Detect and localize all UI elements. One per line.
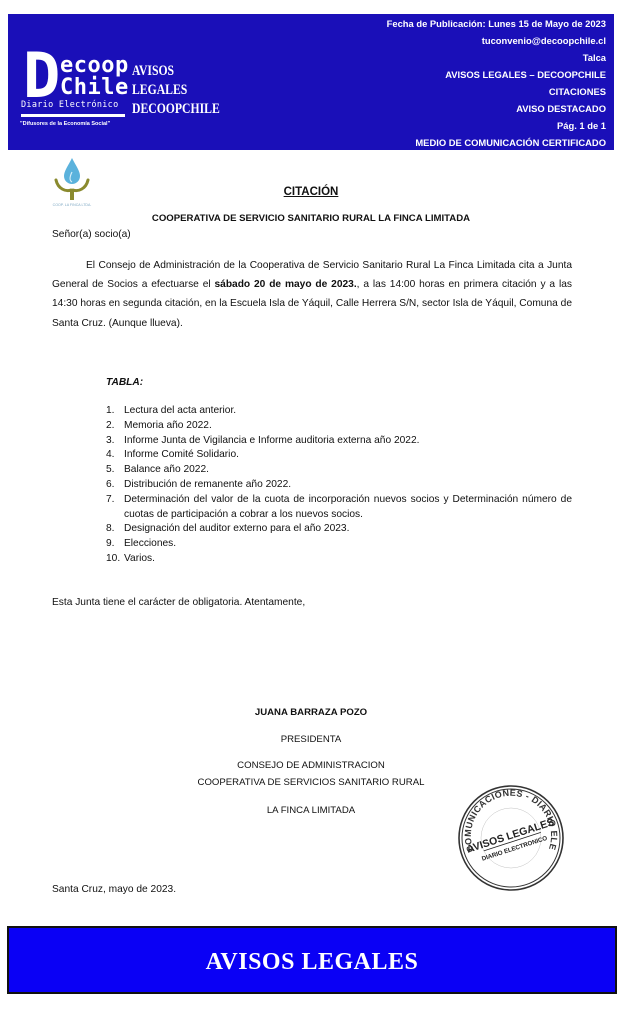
agenda-item: 9.Elecciones. <box>106 537 572 552</box>
publication-info: Fecha de Publicación: Lunes 15 de Mayo d… <box>387 15 606 151</box>
agenda-item: 3.Informe Junta de Vigilancia e Informe … <box>106 434 572 449</box>
signatory-org-line: CONSEJO DE ADMINISTRACION <box>0 760 622 771</box>
closing-text: Esta Junta tiene el carácter de obligato… <box>52 597 305 608</box>
logo-letter: D <box>23 50 55 102</box>
city: Talca <box>387 49 606 66</box>
document-subtitle: COOPERATIVA DE SERVICIO SANITARIO RURAL … <box>0 213 622 224</box>
logo-line2: Chile <box>60 76 129 100</box>
agenda-item-number: 9. <box>106 537 115 552</box>
certification-label: MEDIO DE COMUNICACIÓN CERTIFICADO <box>387 134 606 151</box>
water-drop-hands-icon: COOP. LA FINCA LTDA. <box>52 156 92 208</box>
agenda-item-number: 7. <box>106 493 115 508</box>
signatory-role: PRESIDENTA <box>0 734 622 745</box>
agenda-item-text: Varios. <box>124 553 155 564</box>
agenda-item-text: Lectura del acta anterior. <box>124 405 236 416</box>
footer-banner: AVISOS LEGALES <box>7 926 617 994</box>
agenda-item-text: Elecciones. <box>124 538 176 549</box>
agenda-item-number: 10. <box>106 552 120 567</box>
agenda-item: 5.Balance año 2022. <box>106 463 572 478</box>
svg-text:COOP. LA FINCA LTDA.: COOP. LA FINCA LTDA. <box>53 203 92 207</box>
agenda-label: TABLA: <box>106 377 143 388</box>
agenda-item: 6.Distribución de remanente año 2022. <box>106 478 572 493</box>
avisos-line: LEGALES <box>132 81 220 100</box>
place-date: Santa Cruz, mayo de 2023. <box>52 884 176 895</box>
agenda-item: 1.Lectura del acta anterior. <box>106 404 572 419</box>
agenda-item: 10.Varios. <box>106 552 572 567</box>
agenda-item: 8.Designación del auditor externo para e… <box>106 522 572 537</box>
logo-slogan: "Difusores de la Economía Social" <box>20 121 110 128</box>
signatory-name: JUANA BARRAZA POZO <box>0 707 622 718</box>
publication-date: Fecha de Publicación: Lunes 15 de Mayo d… <box>387 15 606 32</box>
avisos-line: AVISOS <box>132 62 220 81</box>
footer-label: AVISOS LEGALES <box>206 945 419 976</box>
agenda-item-text: Determinación del valor de la cuota de i… <box>124 494 572 520</box>
agenda-item: 2.Memoria año 2022. <box>106 419 572 434</box>
agenda-item-number: 8. <box>106 522 115 537</box>
contact-email[interactable]: tuconvenio@decoopchile.cl <box>387 32 606 49</box>
logo-tagline: Diario Electrónico <box>21 100 119 110</box>
agenda-item: 4.Informe Comité Solidario. <box>106 448 572 463</box>
page-number: Pág. 1 de 1 <box>387 117 606 134</box>
meeting-date: sábado 20 de mayo de 2023. <box>214 279 356 290</box>
agenda-item-text: Informe Junta de Vigilancia e Informe au… <box>124 435 419 446</box>
agenda-list: 1.Lectura del acta anterior.2.Memoria añ… <box>106 404 572 567</box>
avisos-line: DECOOPCHILE <box>132 100 220 119</box>
agenda-item-text: Informe Comité Solidario. <box>124 449 239 460</box>
section-name: AVISOS LEGALES – DECOOPCHILE <box>387 66 606 83</box>
certification-stamp-icon: COMUNICACIONES - DIARIO ELECTRONICO AVIS… <box>456 783 566 893</box>
agenda-item-number: 2. <box>106 419 115 434</box>
citation-paragraph: El Consejo de Administración de la Coope… <box>52 256 572 333</box>
agenda-item-number: 3. <box>106 434 115 449</box>
header-banner: D ecoop Chile Diario Electrónico "Difuso… <box>8 14 614 150</box>
agenda-item-number: 1. <box>106 404 115 419</box>
document-title: CITACIÓN <box>0 186 622 198</box>
salutation: Señor(a) socio(a) <box>52 229 131 240</box>
notice-type: AVISO DESTACADO <box>387 100 606 117</box>
logo-divider <box>21 114 125 117</box>
agenda-item-text: Memoria año 2022. <box>124 420 212 431</box>
agenda-item-text: Balance año 2022. <box>124 464 209 475</box>
agenda-item: 7.Determinación del valor de la cuota de… <box>106 493 572 523</box>
agenda-item-text: Designación del auditor externo para el … <box>124 523 349 534</box>
category: CITACIONES <box>387 83 606 100</box>
agenda-item-text: Distribución de remanente año 2022. <box>124 479 291 490</box>
agenda-item-number: 6. <box>106 478 115 493</box>
avisos-legales-title: AVISOS LEGALES DECOOPCHILE <box>132 62 220 119</box>
agenda-item-number: 5. <box>106 463 115 478</box>
agenda-item-number: 4. <box>106 448 115 463</box>
